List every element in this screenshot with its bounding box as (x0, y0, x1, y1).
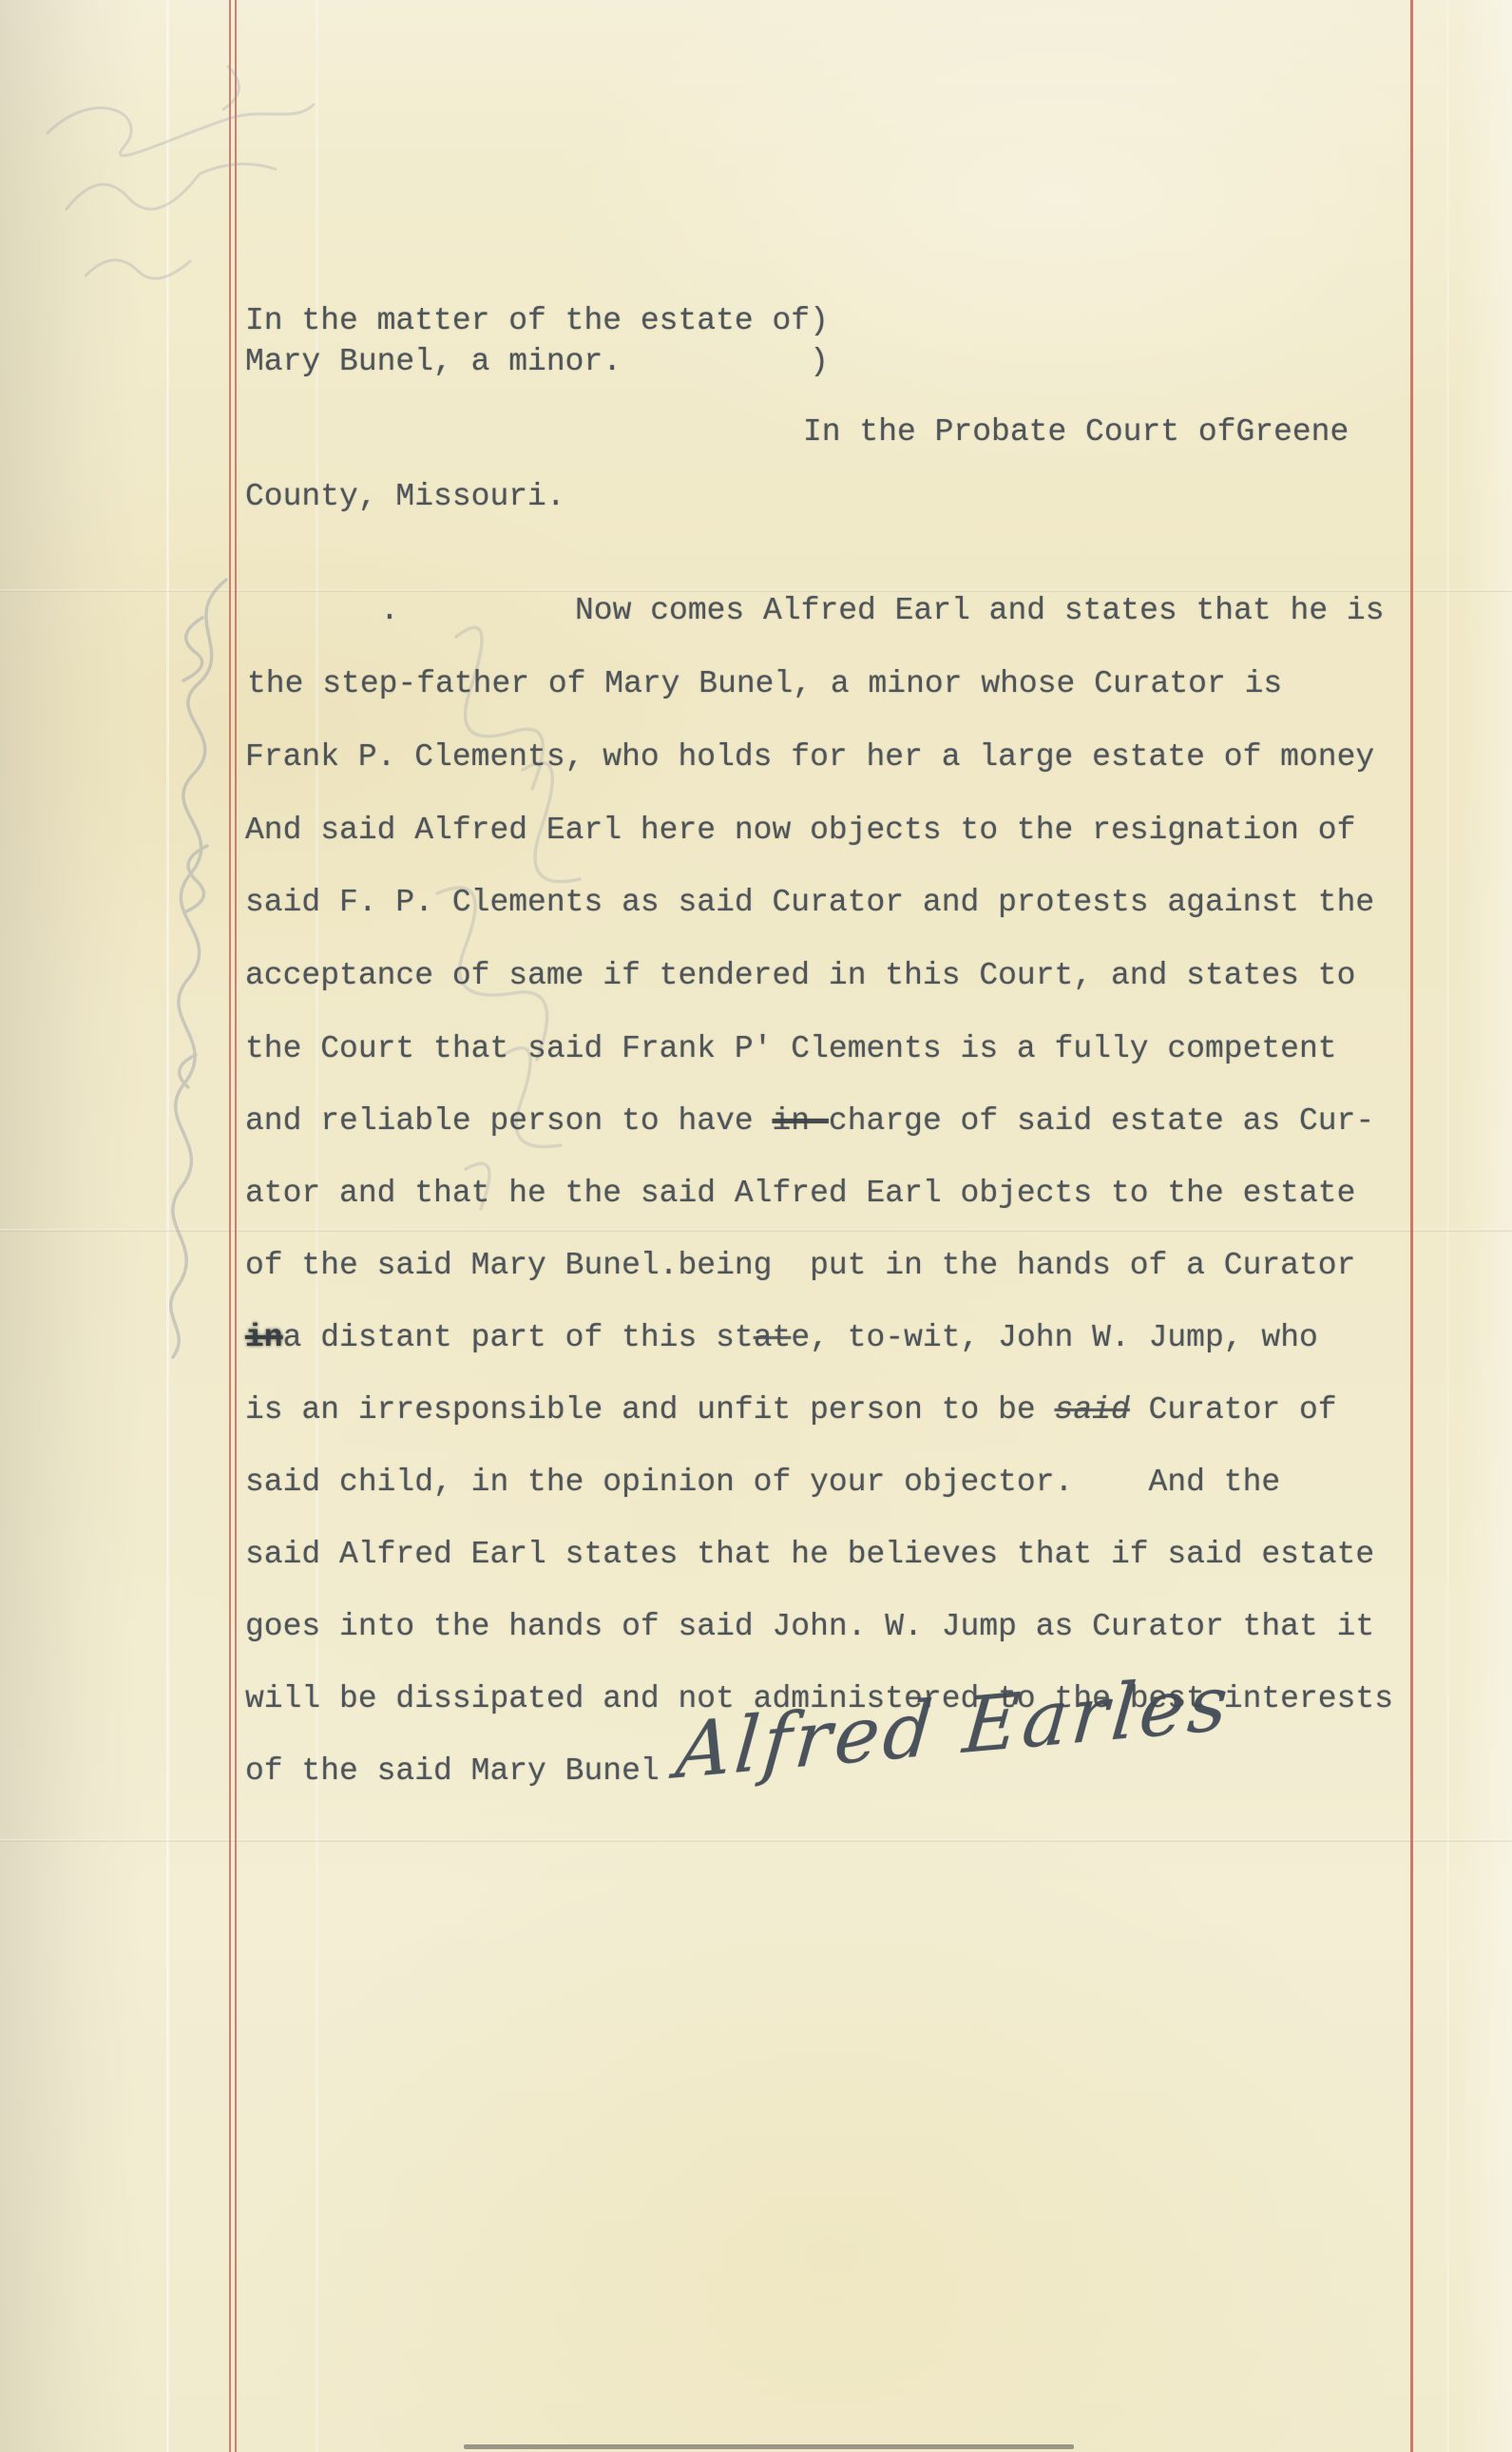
typed-line-3: In the Probate Court ofGreene (803, 413, 1349, 451)
typed-line-18: said child, in the opinion of your objec… (245, 1464, 1280, 1502)
margin-rule-left-outer (229, 0, 231, 2452)
typed-line-9: And said Alfred Earl here now objects to… (245, 812, 1355, 850)
typed-line-17: is an irresponsible and unfit person to … (245, 1391, 1337, 1429)
scan-edge-shadow (464, 2444, 1074, 2449)
typed-line-14: ator and that he the said Alfred Earl ob… (245, 1175, 1355, 1213)
typed-line-19: said Alfred Earl states that he believes… (245, 1536, 1374, 1574)
vertical-crease-right (1446, 0, 1449, 2452)
margin-rule-right (1410, 0, 1413, 2452)
typed-line-16: ina distant part of this state, to-wit, … (245, 1319, 1318, 1357)
fold-crease-bottom (0, 1839, 1512, 1842)
typed-line-2: Mary Bunel, a minor. ) (245, 343, 829, 381)
typed-line-12: the Court that said Frank P' Clements is… (245, 1030, 1337, 1068)
paper-right-edge-shading (1459, 0, 1512, 2452)
struck-text: in (773, 1103, 829, 1139)
struck-text: at (754, 1320, 792, 1355)
struck-text: said (1055, 1392, 1130, 1427)
typed-line-8: Frank P. Clements, who holds for her a l… (245, 738, 1374, 776)
fold-crease-middle (0, 1229, 1512, 1232)
typed-line-7: the step-father of Mary Bunel, a minor w… (247, 665, 1282, 703)
typed-line-22: of the said Mary Bunel (245, 1753, 660, 1791)
typed-line-6: Now comes Alfred Earl and states that he… (575, 592, 1385, 630)
typed-line-21: will be dissipated and not administered … (245, 1680, 1393, 1718)
typed-line-10: said F. P. Clements as said Curator and … (245, 884, 1374, 922)
typed-line-13: and reliable person to have in charge of… (245, 1102, 1374, 1140)
typed-line-5: . (380, 592, 399, 630)
document-page: Alfred Earles In the matter of the estat… (0, 0, 1512, 2452)
struck-text: in (245, 1320, 283, 1355)
typed-line-4: County, Missouri. (245, 478, 565, 516)
typed-line-11: acceptance of same if tendered in this C… (245, 957, 1355, 995)
signature: Alfred Earles (673, 1657, 1235, 1795)
margin-rule-left-inner (235, 0, 237, 2452)
paper-left-edge-shading (0, 0, 143, 2452)
typed-line-1: In the matter of the estate of) (245, 302, 829, 340)
typed-line-15: of the said Mary Bunel.being put in the … (245, 1247, 1355, 1285)
vertical-crease-left (166, 0, 169, 2452)
typed-line-20: goes into the hands of said John. W. Jum… (245, 1608, 1374, 1646)
